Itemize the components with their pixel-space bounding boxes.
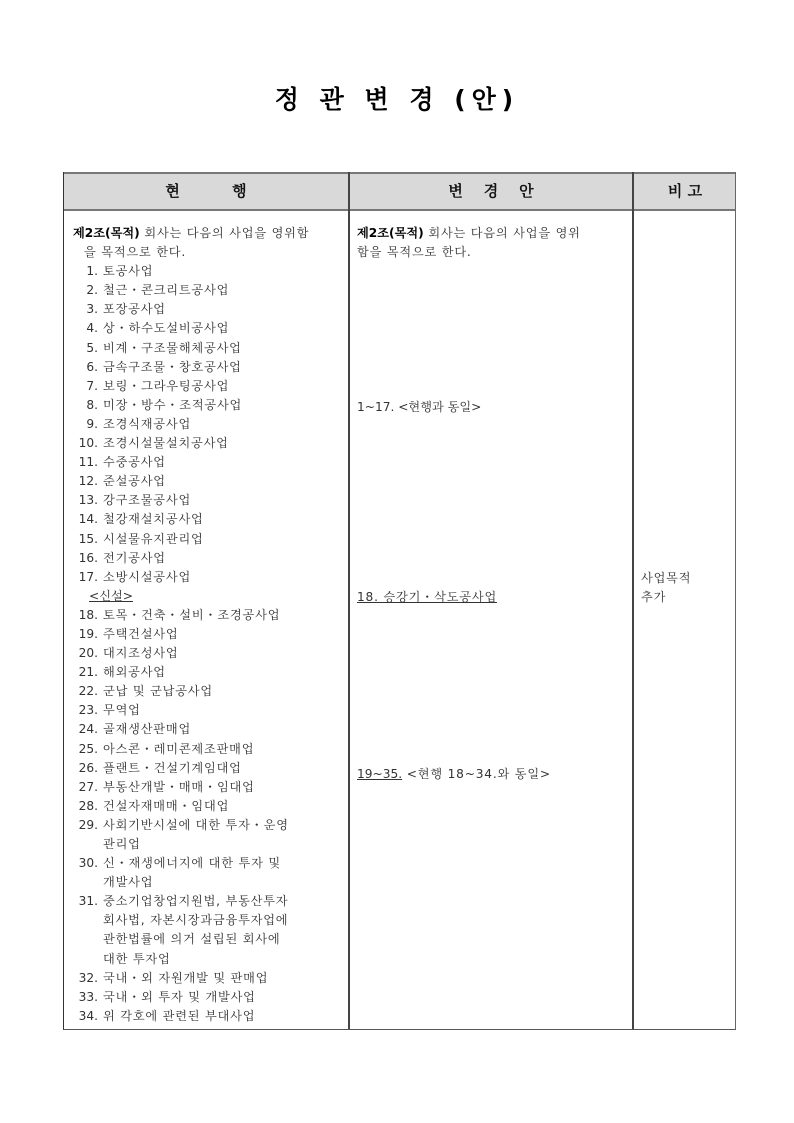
item-text: 비계・구조물해체공사업 xyxy=(103,339,242,358)
current-column: 제2조(목적) 회사는 다음의 사업을 영위함 을 목적으로 한다. 1.토공사… xyxy=(73,224,343,1026)
list-item: 34.위 각호에 관련된 부대사업 xyxy=(73,1007,343,1026)
item-number: 1. xyxy=(73,262,103,281)
item-text: 건설자재매매・임대업 xyxy=(103,797,229,816)
list-item: 22.군납 및 군납공사업 xyxy=(73,682,343,701)
item-text: 플랜트・건설기계임대업 xyxy=(103,759,242,778)
list-item: 33.국내・외 투자 및 개발사업 xyxy=(73,988,343,1007)
remarks-line1: 사업목적 xyxy=(641,569,691,588)
item-text: 골재생산판매업 xyxy=(103,720,191,739)
list-item: 30.신・재생에너지에 대한 투자 및개발사업 xyxy=(73,854,343,892)
list-item: 27.부동산개발・매매・임대업 xyxy=(73,778,343,797)
column-divider xyxy=(348,172,350,1029)
item-number: 31. xyxy=(73,892,103,968)
list-item: 28.건설자재매매・임대업 xyxy=(73,797,343,816)
item-text: 조경식재공사업 xyxy=(103,415,191,434)
remarks-line2: 추가 xyxy=(641,588,691,607)
list-item: 9.조경식재공사업 xyxy=(73,415,343,434)
article-label: 제2조(목적) xyxy=(73,226,140,240)
same-1-17: 1~17. <현행과 동일> xyxy=(357,398,481,417)
item-number: 16. xyxy=(73,549,103,568)
list-item: 13.강구조물공사업 xyxy=(73,491,343,510)
remarks: 사업목적 추가 xyxy=(641,569,691,607)
item-text: 조경시설물설치공사업 xyxy=(103,434,229,453)
item-number: 17. xyxy=(73,568,103,587)
list-item: 6.금속구조물・창호공사업 xyxy=(73,358,343,377)
current-items-list: 1.토공사업2.철근・콘크리트공사업3.포장공사업4.상・하수도설비공사업5.비… xyxy=(73,262,343,587)
list-item: 20.대지조성사업 xyxy=(73,644,343,663)
item-number: 20. xyxy=(73,644,103,663)
current-items-after-list: 18.토목・건축・설비・조경공사업19.주택건설사업20.대지조성사업21.해외… xyxy=(73,606,343,1026)
document-title: 정 관 변 경 (안) xyxy=(0,80,794,116)
list-item: 15.시설물유지관리업 xyxy=(73,530,343,549)
list-item: 3.포장공사업 xyxy=(73,300,343,319)
list-item: 2.철근・콘크리트공사업 xyxy=(73,281,343,300)
list-item: 21.해외공사업 xyxy=(73,663,343,682)
list-item: 10.조경시설물설치공사업 xyxy=(73,434,343,453)
current-article-heading: 제2조(목적) 회사는 다음의 사업을 영위함 xyxy=(73,224,343,243)
item-number: 3. xyxy=(73,300,103,319)
list-item: 23.무역업 xyxy=(73,701,343,720)
renumbered-items: 19~35. <현행 18~34.와 동일> xyxy=(357,765,551,784)
list-item: 8.미장・방수・조적공사업 xyxy=(73,396,343,415)
list-item: 19.주택건설사업 xyxy=(73,625,343,644)
item-number: 25. xyxy=(73,740,103,759)
item-number: 8. xyxy=(73,396,103,415)
item-number: 13. xyxy=(73,491,103,510)
amendment-table: 현 행 변 경 안 비 고 제2조(목적) 회사는 다음의 사업을 영위함 을 … xyxy=(63,172,736,1030)
header-current: 현 행 xyxy=(64,174,348,209)
item-number: 19. xyxy=(73,625,103,644)
item-text: 금속구조물・창호공사업 xyxy=(103,358,242,377)
item-number: 18. xyxy=(73,606,103,625)
item-number: 2. xyxy=(73,281,103,300)
list-item: 31.중소기업창업지원법, 부동산투자회사법, 자본시장과금융투자업에관한법률에… xyxy=(73,892,343,968)
article-text-cont: 을 목적으로 한다. xyxy=(73,243,343,262)
item-text: 사회기반시설에 대한 투자・운영관리업 xyxy=(103,816,289,854)
item-number: 29. xyxy=(73,816,103,854)
item-text: 미장・방수・조적공사업 xyxy=(103,396,242,415)
list-item: 18.토목・건축・설비・조경공사업 xyxy=(73,606,343,625)
item-text: 준설공사업 xyxy=(103,472,166,491)
article-text-cont: 함을 목적으로 한다. xyxy=(357,243,627,262)
item-number: 27. xyxy=(73,778,103,797)
item-number: 21. xyxy=(73,663,103,682)
item-text: 중소기업창업지원법, 부동산투자회사법, 자본시장과금융투자업에관한법률에 의거… xyxy=(103,892,288,968)
item-text: 무역업 xyxy=(103,701,141,720)
header-remarks: 비 고 xyxy=(634,174,736,209)
item-number: 34. xyxy=(73,1007,103,1026)
item-number: 9. xyxy=(73,415,103,434)
item-number: 12. xyxy=(73,472,103,491)
list-item: 24.골재생산판매업 xyxy=(73,720,343,739)
item-text: 아스콘・레미콘제조판매업 xyxy=(103,740,254,759)
item-number: 5. xyxy=(73,339,103,358)
item-text: 위 각호에 관련된 부대사업 xyxy=(103,1007,255,1026)
list-item: 1.토공사업 xyxy=(73,262,343,281)
list-item: 32.국내・외 자원개발 및 판매업 xyxy=(73,969,343,988)
item-text: 철강재설치공사업 xyxy=(103,510,204,529)
item-text: 보링・그라우팅공사업 xyxy=(103,377,229,396)
item-number: 11. xyxy=(73,453,103,472)
item-text: 신・재생에너지에 대한 투자 및개발사업 xyxy=(103,854,281,892)
list-item: 5.비계・구조물해체공사업 xyxy=(73,339,343,358)
item-text: 국내・외 자원개발 및 판매업 xyxy=(103,969,268,988)
proposed-column: 제2조(목적) 회사는 다음의 사업을 영위 함을 목적으로 한다. xyxy=(357,224,627,262)
item-number: 28. xyxy=(73,797,103,816)
item-number: 14. xyxy=(73,510,103,529)
list-item: 7.보링・그라우팅공사업 xyxy=(73,377,343,396)
item-text: 해외공사업 xyxy=(103,663,166,682)
item-number: 6. xyxy=(73,358,103,377)
item-text: 토공사업 xyxy=(103,262,153,281)
item-text: 전기공사업 xyxy=(103,549,166,568)
item-number: 26. xyxy=(73,759,103,778)
item-text: 시설물유지관리업 xyxy=(103,530,204,549)
item-text: 강구조물공사업 xyxy=(103,491,191,510)
item-text: 대지조성사업 xyxy=(103,644,178,663)
list-item: 26.플랜트・건설기계임대업 xyxy=(73,759,343,778)
list-item: 29.사회기반시설에 대한 투자・운영관리업 xyxy=(73,816,343,854)
item-text: 주택건설사업 xyxy=(103,625,178,644)
header-proposed: 변 경 안 xyxy=(349,174,633,209)
item-number: 32. xyxy=(73,969,103,988)
item-text: 토목・건축・설비・조경공사업 xyxy=(103,606,280,625)
table-header: 현 행 변 경 안 비 고 xyxy=(64,172,735,211)
item-text: 상・하수도설비공사업 xyxy=(103,319,229,338)
item-text: 군납 및 군납공사업 xyxy=(103,682,213,701)
article-label: 제2조(목적) xyxy=(357,226,424,240)
item-number: 4. xyxy=(73,319,103,338)
item-text: 부동산개발・매매・임대업 xyxy=(103,778,255,797)
item-number: 15. xyxy=(73,530,103,549)
item-text: 소방시설공사업 xyxy=(103,568,191,587)
item-text: 포장공사업 xyxy=(103,300,166,319)
list-item: 4.상・하수도설비공사업 xyxy=(73,319,343,338)
item-number: 33. xyxy=(73,988,103,1007)
list-item: 17.소방시설공사업 xyxy=(73,568,343,587)
item-number: 10. xyxy=(73,434,103,453)
list-item: 12.준설공사업 xyxy=(73,472,343,491)
column-divider xyxy=(632,172,634,1029)
item-number: 24. xyxy=(73,720,103,739)
proposed-article-heading: 제2조(목적) 회사는 다음의 사업을 영위 xyxy=(357,224,627,243)
list-item: 25.아스콘・레미콘제조판매업 xyxy=(73,740,343,759)
list-item: 16.전기공사업 xyxy=(73,549,343,568)
list-item: 14.철강재설치공사업 xyxy=(73,510,343,529)
item-number: 23. xyxy=(73,701,103,720)
item-number: 22. xyxy=(73,682,103,701)
item-text: 수중공사업 xyxy=(103,453,166,472)
item-text: 국내・외 투자 및 개발사업 xyxy=(103,988,256,1007)
list-item: 11.수중공사업 xyxy=(73,453,343,472)
item-text: 철근・콘크리트공사업 xyxy=(103,281,229,300)
new-marker: <신설> xyxy=(73,587,343,606)
new-item-18: 18. 승강기・삭도공사업 xyxy=(357,588,497,607)
item-number: 7. xyxy=(73,377,103,396)
item-number: 30. xyxy=(73,854,103,892)
